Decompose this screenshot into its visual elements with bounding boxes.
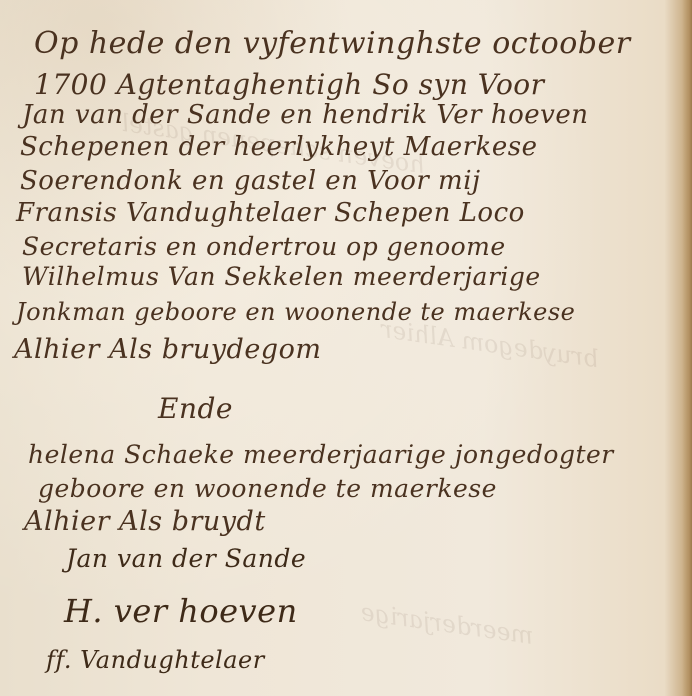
- text-line-4: Schepenen der heerlykheyt Maerkese: [20, 132, 537, 162]
- signature-vandughtelaer: ff. Vandughtelaer: [46, 646, 265, 674]
- text-line-6: Fransis Vandughtelaer Schepen Loco: [16, 198, 525, 228]
- signature-jan-van-der-sande: Jan van der Sande: [66, 544, 306, 573]
- text-line-2: 1700 Agtentaghentigh So syn Voor: [34, 68, 545, 101]
- separator-ende: Ende: [158, 392, 233, 425]
- text-line-10: Alhier Als bruydegom: [14, 334, 321, 365]
- page-binding-edge: [682, 0, 692, 696]
- ink-bleed-through: meerderjarige: [359, 598, 535, 650]
- text-line-7: Secretaris en ondertrou op genoome: [22, 232, 506, 261]
- text-line-12: geboore en woonende te maerkese: [38, 474, 497, 503]
- text-line-9: Jonkman geboore en woonende te maerkese: [16, 298, 575, 326]
- text-line-13: Alhier Als bruydt: [24, 506, 266, 537]
- manuscript-page: hoeven schepenen gastel bruydegom Alhier…: [0, 0, 692, 696]
- text-line-5: Soerendonk en gastel en Voor mij: [20, 166, 481, 196]
- signature-h-ver-hoeven: H. ver hoeven: [64, 592, 298, 630]
- text-line-11: helena Schaeke meerderjaarige jongedogte…: [28, 440, 614, 469]
- text-line-3: Jan van der Sande en hendrik Ver hoeven: [22, 100, 588, 130]
- text-line-1: Op hede den vyfentwinghste octoober: [34, 26, 631, 61]
- text-line-8: Wilhelmus Van Sekkelen meerderjarige: [22, 262, 541, 291]
